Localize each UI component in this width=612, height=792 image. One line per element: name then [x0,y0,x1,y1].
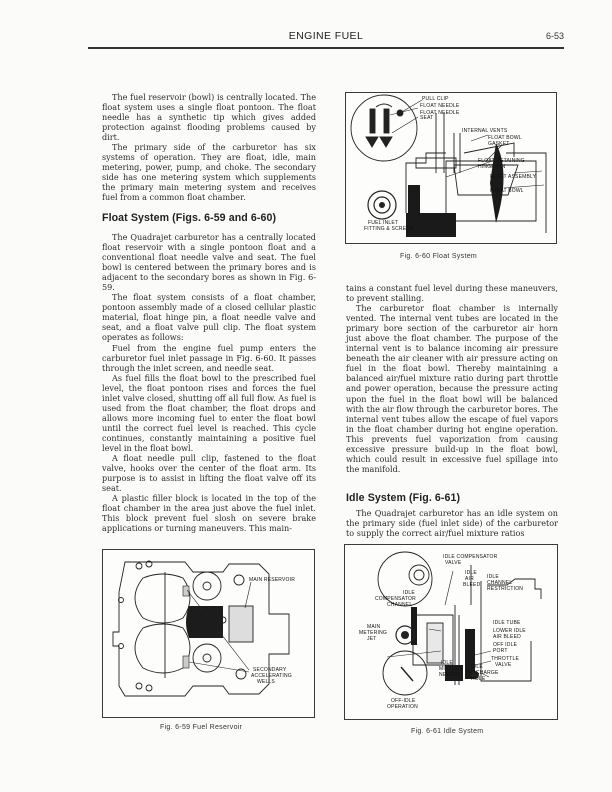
figure-caption-6-61: Fig. 6-61 Idle System [411,728,483,735]
paragraph: The Quadrajet carburetor has an idle sys… [346,508,558,538]
left-column-intro: The fuel reservoir (bowl) is centrally l… [102,92,316,203]
label-idle-discharge-hole: HOLE [471,677,485,683]
paragraph: A plastic filler block is located in the… [102,493,316,533]
label-lower-idle-air-bleed: AIR BLEED [493,635,521,641]
label-idle-channel-restriction: RESTRICTION [487,587,523,593]
figure-idle-system: IDLE COMPENSATOR VALVE IDLE AIR BLEED ID… [344,544,558,720]
label-main-reservoir: MAIN RESERVOIR [249,578,295,584]
label-idle-compensator-channel: CHANNEL [387,603,412,609]
right-column-idle-system: The Quadrajet carburetor has an idle sys… [346,508,558,538]
label-off-idle-operation: OPERATION [387,705,418,711]
label-float-assembly: FLOAT ASSEMBLY [490,175,536,181]
label-internal-vents: INTERNAL VENTS [462,129,507,135]
section-heading-float-system: Float System (Figs. 6-59 and 6-60) [102,212,276,224]
label-float-retaining-hinge-pin: HINGE PIN [478,165,505,171]
paragraph: As fuel fills the float bowl to the pres… [102,373,316,453]
paragraph: The primary side of the carburetor has s… [102,142,316,202]
right-column-continued: tains a constant fuel level during these… [346,283,558,474]
section-heading-idle-system: Idle System (Fig. 6-61) [346,492,460,504]
label-float-bowl-gasket: GASKET [488,142,509,148]
label-float-needle: FLOAT NEEDLE [420,104,459,110]
label-idle-mixture-needle: NEEDLE [439,673,460,679]
label-pull-clip: PULL CLIP [422,97,449,103]
label-fuel-inlet: FITTING & SCREEN [364,227,414,233]
label-off-idle-port: PORT [493,649,508,655]
label-idle-compensator-valve: VALVE [445,561,461,567]
label-float-bowl: FLOAT BOWL [490,189,524,195]
left-column-float-system: The Quadrajet carburetor has a centrally… [102,232,316,533]
figure-caption-6-59: Fig. 6-59 Fuel Reservoir [160,724,242,731]
fuel-reservoir-diagram [103,550,314,717]
page-header: ENGINE FUEL 6-53 [88,30,564,50]
header-rule [88,47,564,49]
paragraph: The Quadrajet carburetor has a centrally… [102,232,316,292]
label-float-needle-seat: SEAT [420,116,434,122]
paragraph: Fuel from the engine fuel pump enters th… [102,343,316,373]
label-throttle-valve: VALVE [495,663,511,669]
label-idle-air-bleed: BLEED [463,583,480,589]
figure-float-system: PULL CLIP FLOAT NEEDLE FLOAT NEEDLE SEAT… [345,92,557,244]
paragraph: tains a constant fuel level during these… [346,283,558,303]
paragraph: The fuel reservoir (bowl) is centrally l… [102,92,316,142]
paragraph: The carburetor float chamber is internal… [346,303,558,474]
page-number: 6-53 [546,31,564,41]
running-head-title: ENGINE FUEL [88,30,564,42]
paragraph: The float system consists of a float cha… [102,292,316,342]
figure-fuel-reservoir: MAIN RESERVOIR SECONDARY ACCELERATING WE… [102,549,315,718]
label-secondary-accelerating-wells: WELLS [257,680,275,686]
paragraph: A float needle pull clip, fastened to th… [102,453,316,493]
figure-caption-6-60: Fig. 6-60 Float System [400,253,477,260]
label-main-metering-jet: JET [367,637,377,643]
label-idle-tube: IDLE TUBE [493,621,521,627]
